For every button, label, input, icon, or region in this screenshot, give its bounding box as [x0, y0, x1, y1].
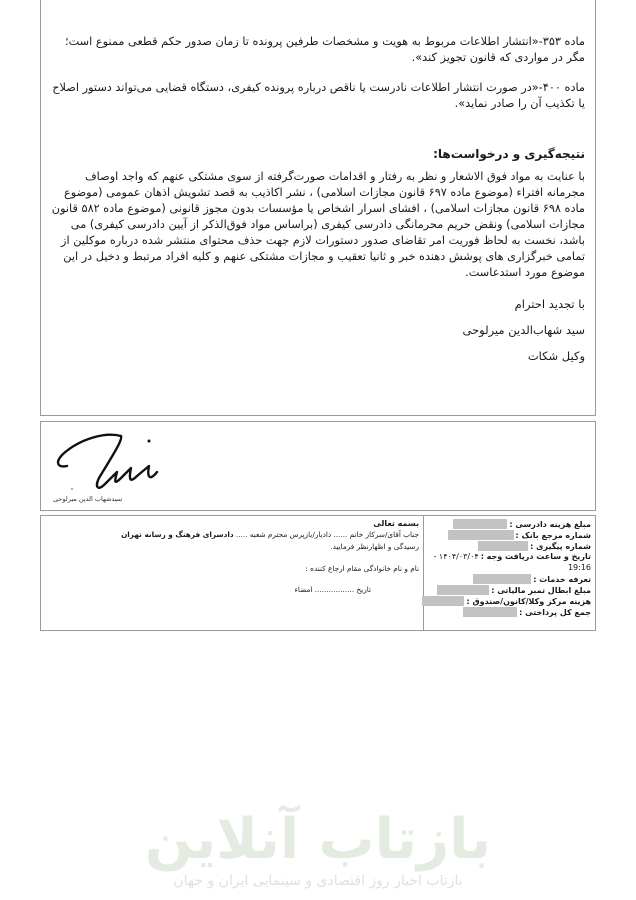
stamp-fee-row: مبلغ ابطال تمبر مالیاتی : [437, 585, 591, 595]
signature-caption: سیدشهاب الدین میرلوحی [53, 495, 122, 503]
redacted-value [422, 596, 464, 606]
bar-fee-row: هزینه مرکز وکلا/کانون/صندوق : [422, 596, 591, 606]
court-fee-row: مبلغ هزینه دادرسی : [453, 519, 591, 529]
total-row: جمع کل پرداختی : [463, 607, 591, 617]
referral-form: بسمه تعالی جناب آقای/سرکار خانم ...... د… [40, 515, 596, 631]
court-name: دادسرای فرهنگ و رسانه تهران [121, 530, 234, 539]
service-fee-row: تعرفه خدمات : [473, 574, 591, 584]
form-title: بسمه تعالی [373, 519, 419, 528]
conclusion-heading: نتیجه‌گیری و درخواست‌ها: [49, 146, 585, 162]
conclusion-text: با عنایت به مواد فوق الاشعار و نظر به رف… [49, 169, 585, 281]
closing-line: با تجدید احترام [515, 297, 585, 311]
bank-ref-row: شماره مرجع بانک : [448, 530, 591, 540]
referrer-label: نام و نام خانوادگی مقام ارجاع کننده : [305, 564, 419, 573]
redacted-value [478, 541, 528, 551]
date-signature-line: تاریخ ................. امضاء [294, 585, 371, 594]
referral-line-prefix: جناب آقای/سرکار خانم ...... دادیار/بازپر… [234, 530, 419, 539]
referral-line-2: رسیدگی و اظهارنظر فرمایید. [330, 542, 419, 551]
watermark-brand: بازتاب آنلاین [0, 808, 636, 872]
redacted-value [453, 519, 507, 529]
article-353: ماده ۳۵۳-«انتشار اطلاعات مربوط به هویت و… [49, 34, 585, 66]
signer-name: سید شهاب‌الدین میرلوحی [462, 323, 585, 337]
tracking-row: شماره پیگیری : [478, 541, 591, 551]
redacted-value [448, 530, 514, 540]
payment-time: 19:16 [568, 563, 591, 572]
redacted-value [473, 574, 531, 584]
article-400: ماده ۴۰۰-«در صورت انتشار اطلاعات نادرست … [49, 80, 585, 112]
payment-datetime-row: تاریخ و ساعت دریافت وجه : ۱۴۰۴/۰۳/۰۴ - [433, 552, 591, 561]
referral-line-1: جناب آقای/سرکار خانم ...... دادیار/بازپر… [121, 530, 419, 539]
referral-section: بسمه تعالی جناب آقای/سرکار خانم ...... د… [41, 516, 424, 630]
redacted-value [463, 607, 517, 617]
signer-role: وکیل شکات [528, 349, 585, 363]
letter-body-frame: ماده ۳۵۳-«انتشار اطلاعات مربوط به هویت و… [40, 0, 596, 416]
handwritten-signature-icon [51, 428, 171, 498]
payment-date: ۱۴۰۴/۰۳/۰۴ - [433, 552, 478, 561]
redacted-value [437, 585, 489, 595]
payment-section: مبلغ هزینه دادرسی : شماره مرجع بانک : شم… [423, 516, 595, 630]
watermark-tagline: بازتاب اخبار روز اقتصادی و سینمایی ایران… [0, 873, 636, 889]
signature-box: سیدشهاب الدین میرلوحی [40, 421, 596, 511]
